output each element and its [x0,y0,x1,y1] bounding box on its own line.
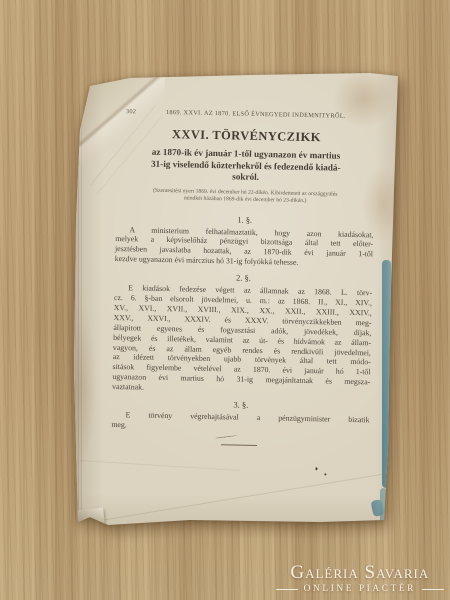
book-photo: 302 1869. XXVI. AZ 1870. ELSŐ ÉVNEGYEDI … [0,0,450,600]
page-header: 302 1869. XXVI. AZ 1870. ELSŐ ÉVNEGYEDI … [118,108,376,123]
page-number: 302 [126,108,137,115]
watermark-subtitle: Online piactér [276,583,444,595]
law-title: XXVI. TÖRVÉNYCZIKK [117,126,375,146]
watermark-title: Galéria Savaria [276,563,444,583]
promulgation-note: (Szentesitést nyert 1869. évi december h… [116,186,374,205]
section-divider [221,444,257,446]
page-crease [100,474,383,521]
watermark-dash [276,589,298,590]
book: 302 1869. XXVI. AZ 1870. ELSŐ ÉVNEGYEDI … [70,70,402,530]
book-page: 302 1869. XXVI. AZ 1870. ELSŐ ÉVNEGYEDI … [70,70,402,530]
page-crease [80,460,240,471]
law-subtitle: az 1870-ik év január 1-től ugyanazon év … [116,146,375,186]
running-header: 1869. XXVI. AZ 1870. ELSŐ ÉVNEGYEDI INDE… [118,108,376,120]
curled-corner [73,507,105,528]
watermark-subtitle-text: Online piactér [304,583,416,595]
section-1-body: A ministerium felhatalmaztatik, hogy azo… [115,224,374,269]
teal-cover-edge [382,260,391,488]
section-3-body: E törvény végrehajtásával a pénzügyminis… [111,410,369,435]
printed-page-content: 302 1869. XXVI. AZ 1870. ELSŐ ÉVNEGYEDI … [111,108,376,448]
ink-specks [315,467,329,479]
watermark-dash [422,589,444,590]
pen-mark [215,435,237,439]
watermark: Galéria Savaria Online piactér [276,563,444,595]
section-2-body: E kiadások fedezése végett az államnak a… [112,283,372,397]
